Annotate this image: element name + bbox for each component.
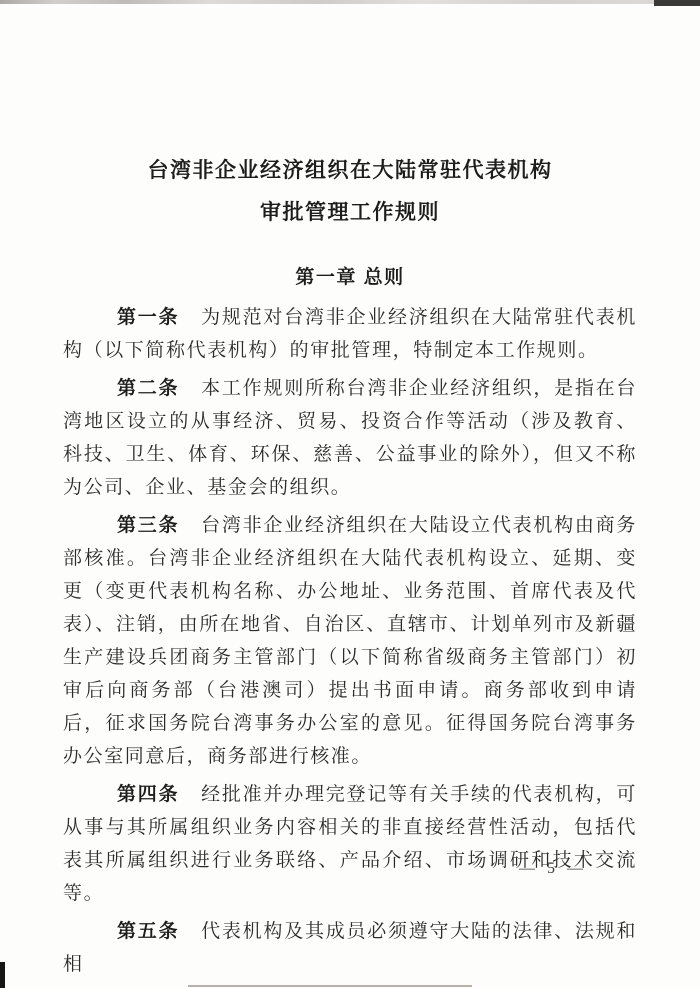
article-3-label: 第三条 — [117, 515, 179, 536]
articles-section: 第一条为规范对台湾非企业经济组织在大陆常驻代表机构（以下简称代表机构）的审批管理… — [63, 301, 637, 981]
scan-mark-bottom-left — [0, 962, 5, 988]
document-page: 台湾非企业经济组织在大陆常驻代表机构 审批管理工作规则 第一章 总则 第一条为规… — [63, 0, 637, 981]
document-title-line1: 台湾非企业经济组织在大陆常驻代表机构 — [63, 150, 637, 192]
scan-corner-top-right — [654, 0, 700, 6]
article-5: 第五条代表机构及其成员必须遵守大陆的法律、法规和相 — [63, 915, 637, 981]
article-2: 第二条本工作规则所称台湾非企业经济组织，是指在台湾地区设立的从事经济、贸易、投资… — [63, 372, 637, 504]
document-title-line2: 审批管理工作规则 — [63, 192, 637, 234]
article-1-label: 第一条 — [117, 307, 179, 328]
article-3-text: 台湾非企业经济组织在大陆设立代表机构由商务部核准。台湾非企业经济组织在大陆代表机… — [63, 515, 637, 767]
article-1: 第一条为规范对台湾非企业经济组织在大陆常驻代表机构（以下简称代表机构）的审批管理… — [63, 301, 637, 367]
article-3: 第三条台湾非企业经济组织在大陆设立代表机构由商务部核准。台湾非企业经济组织在大陆… — [63, 509, 637, 773]
scan-edge-bottom — [188, 985, 472, 987]
article-4: 第四条经批准并办理完登记等有关手续的代表机构，可从事与其所属组织业务内容相关的非… — [63, 778, 637, 910]
article-5-label: 第五条 — [117, 921, 179, 942]
page-number: — 5 — — [519, 860, 587, 878]
article-4-label: 第四条 — [117, 784, 179, 805]
chapter-heading: 第一章 总则 — [63, 262, 637, 289]
document-title: 台湾非企业经济组织在大陆常驻代表机构 审批管理工作规则 — [63, 150, 637, 234]
article-2-label: 第二条 — [117, 378, 179, 399]
